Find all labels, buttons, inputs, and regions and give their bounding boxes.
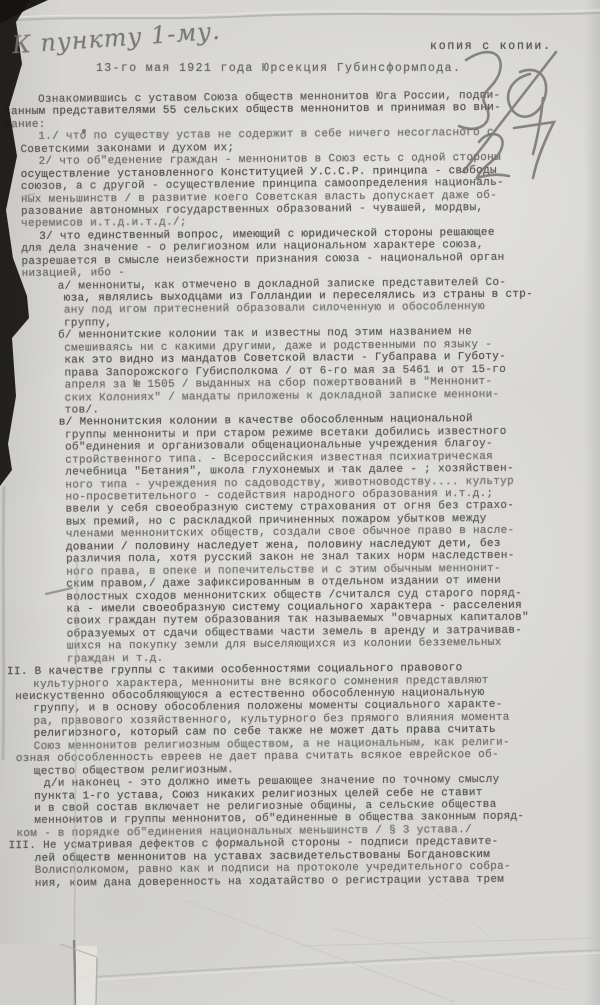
scanned-document-page: К пункту 1-му. копия с копии. 13-го мая … [0,0,600,1005]
handwritten-note: К пункту 1-му. [11,17,221,60]
dateline: 13-го мая 1921 года Юрсекция Губинсформп… [96,62,461,75]
copy-stamp: копия с копии. [430,40,552,53]
document-body: Ознакомившись с уставом Союза обществ ме… [0,89,600,890]
